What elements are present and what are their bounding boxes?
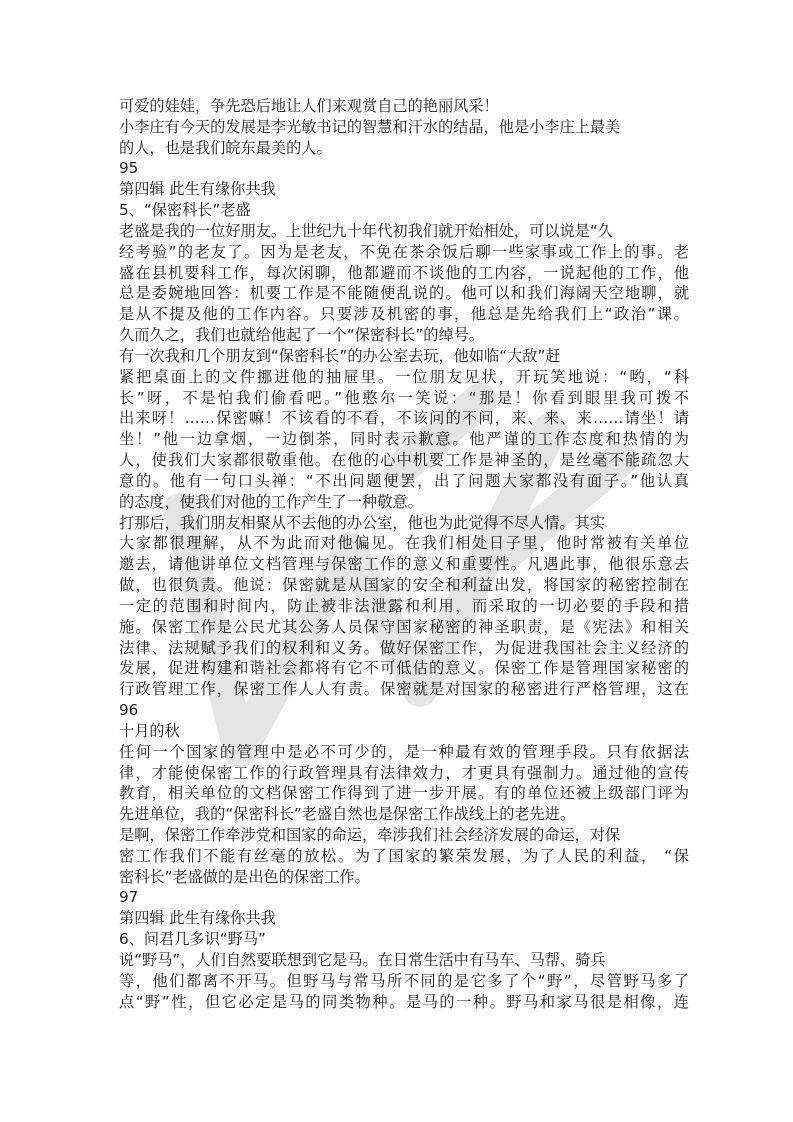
text-line: 发展，促进构建和谐社会都将有它不可低估的意义。保密工作是管理国家秘密的 [119, 658, 689, 679]
text-line: 任何一个国家的管理中是必不可少的，是一种最有效的管理手段。只有依据法 [119, 742, 689, 763]
text-line: 密科长”老盛做的是出色的保密工作。 [119, 867, 689, 888]
text-line: 出来呀！……保密嘛！不该看的不看，不该问的不问，来、来、来……请坐！请 [119, 408, 689, 429]
text-line: 的人，也是我们皖东最美的人。 [119, 138, 689, 159]
text-line: 总是委婉地回答：机要工作是不能随便乱说的。他可以和我们海阔天空地聊，就 [119, 283, 689, 304]
text-line: 先进单位，我的“保密科长”老盛自然也是保密工作战线上的老先进。 [119, 804, 689, 825]
text-line: 密工作我们不能有丝毫的放松。为了国家的繁荣发展，为了人民的利益， “保 [119, 846, 689, 867]
page-number: 95 [119, 158, 689, 179]
text-line: 教育，相关单位的文档保密工作得到了进一步开展。有的单位还被上级部门评为 [119, 783, 689, 804]
text-line: 长”呀，不是怕我们偷看吧。”他憨尔一笑说：“那是！你看到眼里我可拨不 [119, 388, 689, 409]
running-header: 第四辑 此生有缘你共我 [119, 179, 689, 200]
text-line: 人，使我们大家都很敬重他。在他的心中机要工作是神圣的，是丝毫不能疏忽大 [119, 450, 689, 471]
text-line: 可爱的娃娃，争先恐后地让人们来观赏自己的艳丽风采！ [119, 96, 689, 117]
text-line: 做，也很负责。他说：保密就是从国家的安全和利益出发，将国家的秘密控制在 [119, 575, 689, 596]
text-line: 是啊，保密工作牵涉党和国家的命运，牵涉我们社会经济发展的命运，对保 [119, 825, 689, 846]
text-line: 打那后，我们朋友相聚从不去他的办公室，他也为此觉得不尽人情。其实 [119, 513, 689, 534]
text-line: 紧把桌面上的文件挪进他的抽屉里。一位朋友见状，开玩笑地说：“哟，“科 [119, 367, 689, 388]
running-header: 十月的秋 [119, 721, 689, 742]
text-line: 小李庄有今天的发展是李光敏书记的智慧和汗水的结晶，他是小李庄上最美 [119, 117, 689, 138]
text-line: 的态度，使我们对他的工作产生了一种敬意。 [119, 492, 689, 513]
text-line: 法律、法规赋予我们的权利和义务。做好保密工作，为促进我国社会主义经济的 [119, 638, 689, 659]
text-line: 老盛是我的一位好朋友。上世纪九十年代初我们就开始相处，可以说是“久 [119, 221, 689, 242]
text-line: 点“野”性，但它必定是马的同类物种。是马的一种。野马和家马很是相像，连 [119, 992, 689, 1013]
running-header: 第四辑 此生有缘你共我 [119, 908, 689, 929]
text-line: 邀去，请他讲单位文档管理与保密工作的意义和重要性。凡遇此事，他很乐意去 [119, 554, 689, 575]
text-line: 盛在县机要科工作，每次闲聊，他都避而不谈他的工内容，一说起他的工作，他 [119, 263, 689, 284]
text-line: 久而久之，我们也就给他起了一个“保密科长”的绰号。 [119, 325, 689, 346]
text-line: 一定的范围和时间内，防止被非法泄露和利用，而采取的一切必要的手段和措 [119, 596, 689, 617]
page-number: 96 [119, 700, 689, 721]
text-line: 律，才能使保密工作的行政管理具有法律效力，才更具有强制力。通过他的宣传 [119, 763, 689, 784]
text-line: 是从不提及他的工作内容。只要涉及机密的事，他总是先给我们上“政治”课。 [119, 304, 689, 325]
text-line: 等，他们都离不开马。但野马与常马所不同的是它多了个“野”，尽管野马多了 [119, 971, 689, 992]
text-line: 经考验”的老友了。因为是老友，不免在茶余饭后聊一些家事或工作上的事。老 [119, 242, 689, 263]
text-line: 说“野马”，人们自然要联想到它是马。在日常生活中有马车、马帮、骑兵 [119, 950, 689, 971]
section-title: 6、问君几多识“野马” [119, 929, 689, 950]
text-line: 行政管理工作，保密工作人人有责。保密就是对国家的秘密进行严格管理，这在 [119, 679, 689, 700]
text-line: 大家都很理解，从不为此而对他偏见。在我们相处日子里，他时常被有关单位 [119, 533, 689, 554]
page-number: 97 [119, 887, 689, 908]
document-page: 可爱的娃娃，争先恐后地让人们来观赏自己的艳丽风采！小李庄有今天的发展是李光敏书记… [0, 0, 793, 1122]
document-body: 可爱的娃娃，争先恐后地让人们来观赏自己的艳丽风采！小李庄有今天的发展是李光敏书记… [119, 96, 689, 1012]
text-line: 有一次我和几个朋友到“保密科长”的办公室去玩，他如临“大敌”赶 [119, 346, 689, 367]
text-line: 意的。他有一句口头禅：“不出问题便罢，出了问题大家都没有面子。”他认真 [119, 471, 689, 492]
text-line: 坐！”他一边拿烟，一边倒茶，同时表示歉意。他严谨的工作态度和热情的为 [119, 429, 689, 450]
text-line: 施。保密工作是公民尤其公务人员保守国家秘密的神圣职责，是《宪法》和相关 [119, 617, 689, 638]
section-title: 5、“保密科长”老盛 [119, 200, 689, 221]
